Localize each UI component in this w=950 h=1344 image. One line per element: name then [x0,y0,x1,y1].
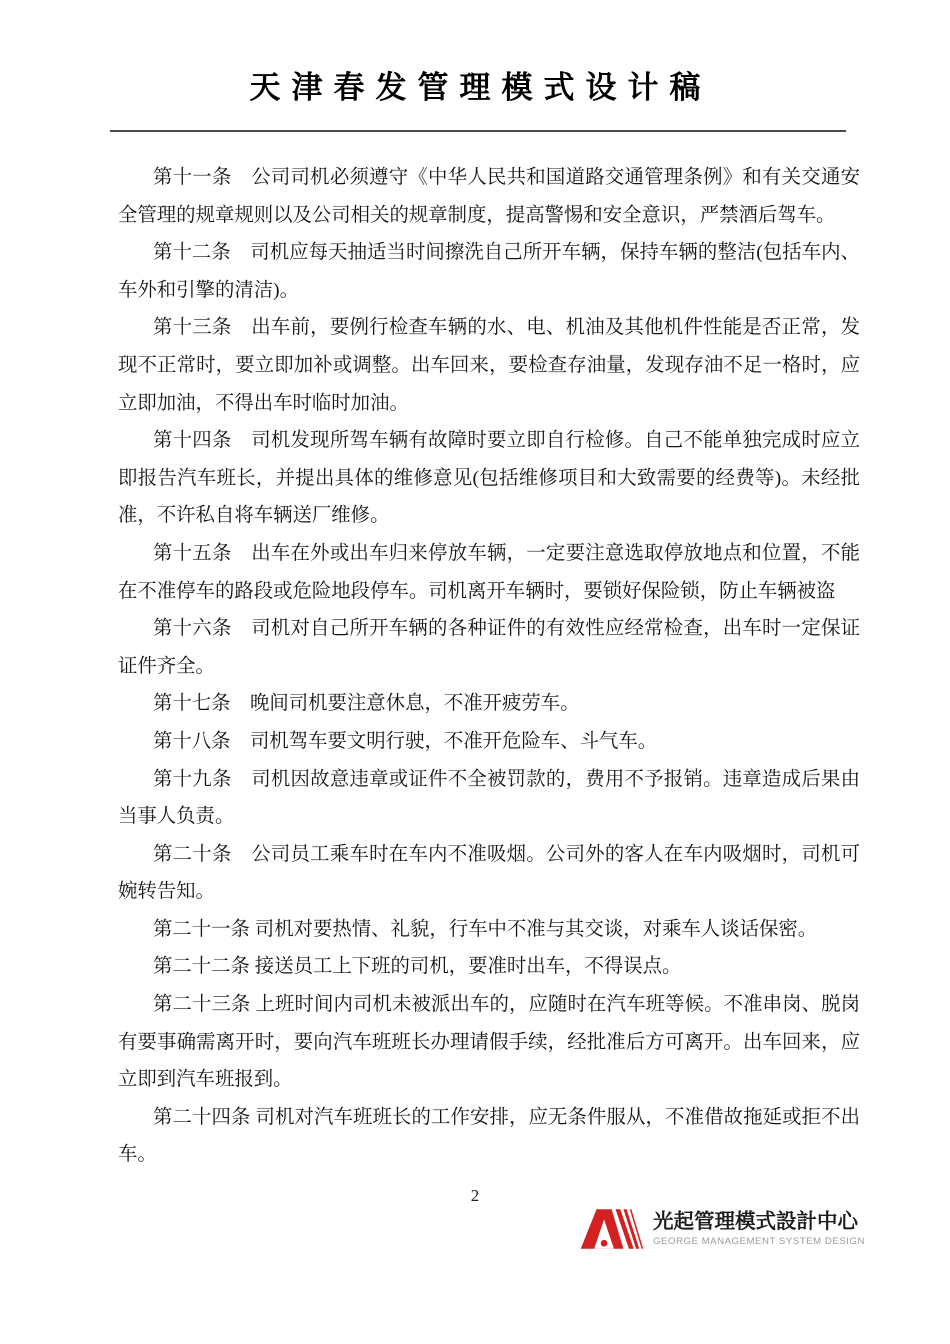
logo-name-en: GEORGE MANAGEMENT SYSTEM DESIGN [653,1235,865,1248]
article-paragraph: 第十七条 晚间司机要注意休息，不准开疲劳车。 [118,685,860,723]
page-number: 2 [0,1184,950,1208]
page-title: 天津春发管理模式设计稿 [0,66,950,110]
article-paragraph: 第二十二条 接送员工上下班的司机，要准时出车，不得误点。 [118,948,860,986]
article-paragraph: 第二十三条 上班时间内司机未被派出车的，应随时在汽车班等候。不准串岗、脱岗有要事… [118,986,860,1099]
article-paragraph: 第二十一条 司机对要热情、礼貌，行车中不准与其交谈，对乘车人谈话保密。 [118,911,860,949]
article-paragraph: 第十五条 出车在外或出车归来停放车辆，一定要注意选取停放地点和位置，不能在不准停… [118,535,860,610]
article-paragraph: 第十一条 公司司机必须遵守《中华人民共和国道路交通管理条例》和有关交通安全管理的… [118,159,860,234]
article-paragraph: 第十二条 司机应每天抽适当时间擦洗自己所开车辆，保持车辆的整洁(包括车内、车外和… [118,234,860,309]
document-body: 第十一条 公司司机必须遵守《中华人民共和国道路交通管理条例》和有关交通安全管理的… [118,159,860,1174]
footer-logo: 光起管理模式設計中心 GEORGE MANAGEMENT SYSTEM DESI… [576,1206,865,1252]
logo-name-zh: 光起管理模式設計中心 [653,1209,865,1235]
document-page: 天津春发管理模式设计稿 第十一条 公司司机必须遵守《中华人民共和国道路交通管理条… [0,0,950,1344]
article-paragraph: 第二十条 公司员工乘车时在车内不准吸烟。公司外的客人在车内吸烟时，司机可婉转告知… [118,836,860,911]
article-paragraph: 第十八条 司机驾车要文明行驶，不准开危险车、斗气车。 [118,723,860,761]
logo-text-block: 光起管理模式設計中心 GEORGE MANAGEMENT SYSTEM DESI… [653,1206,865,1248]
logo-a-icon [576,1206,644,1252]
article-paragraph: 第二十四条 司机对汽车班班长的工作安排，应无条件服从，不准借故拖延或拒不出车。 [118,1099,860,1174]
article-paragraph: 第十三条 出车前，要例行检查车辆的水、电、机油及其他机件性能是否正常，发现不正常… [118,309,860,422]
article-paragraph: 第十四条 司机发现所驾车辆有故障时要立即自行检修。自己不能单独完成时应立即报告汽… [118,422,860,535]
article-paragraph: 第十九条 司机因故意违章或证件不全被罚款的，费用不予报销。违章造成后果由当事人负… [118,761,860,836]
article-paragraph: 第十六条 司机对自己所开车辆的各种证件的有效性应经常检查，出车时一定保证证件齐全… [118,610,860,685]
title-underline [110,130,846,132]
